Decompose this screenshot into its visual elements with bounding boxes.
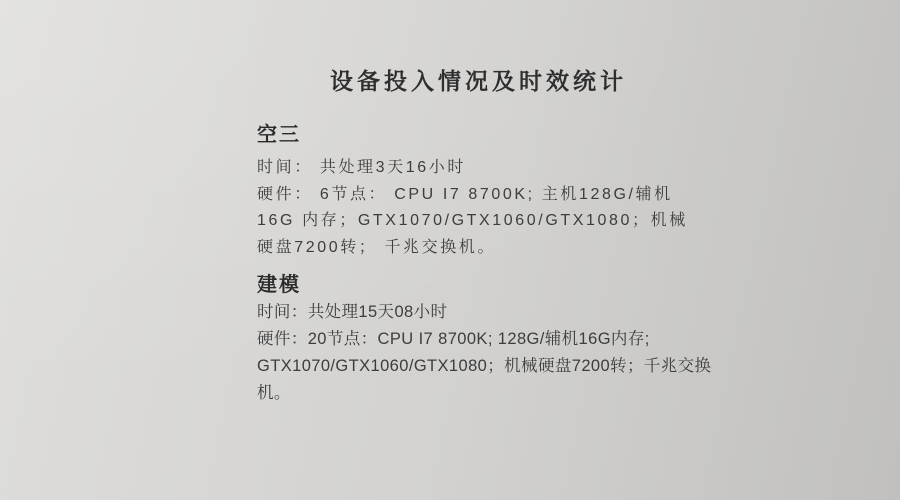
hardware-line-2: 16G 内存；GTX1070/GTX1060/GTX1080；机械 [257, 208, 700, 235]
hardware-line-1: 硬件： 6节点： CPU I7 8700K; 主机128G/辅机 [257, 182, 700, 209]
document-content: 设备投入情况及时效统计 空三 时间： 共处理3天16小时 硬件： 6节点： CP… [257, 66, 700, 407]
section-heading-aerial-triangulation: 空三 [257, 123, 700, 147]
time-line: 时间：共处理15天08小时 [257, 299, 700, 326]
time-line: 时间： 共处理3天16小时 [257, 155, 700, 182]
section-body: 时间： 共处理3天16小时 硬件： 6节点： CPU I7 8700K; 主机1… [257, 155, 700, 261]
hardware-line-2: GTX1070/GTX1060/GTX1080；机械硬盘7200转；千兆交换 [257, 353, 700, 380]
hardware-line-1: 硬件：20节点：CPU I7 8700K; 128G/辅机16G内存; [257, 326, 700, 353]
section-heading-modeling: 建模 [257, 273, 700, 297]
section-aerial-triangulation: 空三 时间： 共处理3天16小时 硬件： 6节点： CPU I7 8700K; … [257, 123, 700, 261]
photographed-slide-background: 设备投入情况及时效统计 空三 时间： 共处理3天16小时 硬件： 6节点： CP… [0, 0, 900, 500]
hardware-line-3: 机。 [257, 380, 700, 407]
section-body: 时间：共处理15天08小时 硬件：20节点：CPU I7 8700K; 128G… [257, 299, 700, 407]
page-title: 设备投入情况及时效统计 [257, 66, 700, 96]
hardware-line-3: 硬盘7200转； 千兆交换机。 [257, 235, 700, 262]
section-modeling: 建模 时间：共处理15天08小时 硬件：20节点：CPU I7 8700K; 1… [257, 273, 700, 407]
